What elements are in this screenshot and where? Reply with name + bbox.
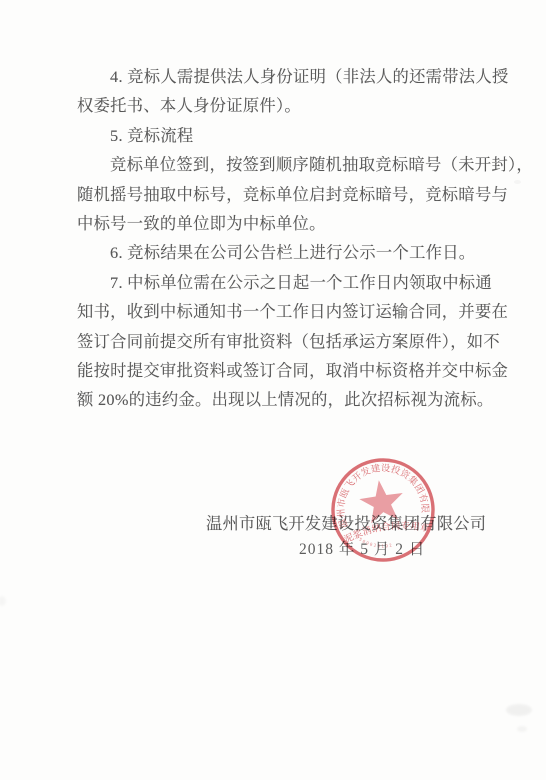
document-line: 竞标单位签到，按签到顺序随机抽取竞标暗号（未开封）， (77, 150, 517, 179)
seal-svg: 温州市瓯飞开发建设投资集团有限公司 泥浆消纳合同专用章 0509020192 (324, 451, 442, 569)
document-line: 随机摇号抽取中标号，竞标单位启封竞标暗号，竞标暗号与 (77, 180, 517, 209)
document-line: 5. 竞标流程 (77, 121, 517, 150)
document-line: 能按时提交审批资料或签订合同，取消中标资格并交中标金 (77, 356, 517, 385)
seal-star-icon (357, 477, 406, 524)
document-line: 7. 中标单位需在公示之日起一个工作日内领取中标通 (77, 268, 517, 297)
document-line: 4. 竞标人需提供法人身份证明（非法人的还需带法人授 (77, 62, 517, 91)
scan-speckle (514, 180, 521, 184)
official-seal: 温州市瓯飞开发建设投资集团有限公司 泥浆消纳合同专用章 0509020192 (324, 451, 442, 569)
document-line: 知书，收到中标通知书一个工作日内签订运输合同，并要在 (77, 297, 517, 326)
document-line: 6. 竞标结果在公司公告栏上进行公示一个工作日。 (77, 238, 517, 267)
scan-speckle (517, 726, 527, 732)
document-line: 额 20%的违约金。出现以上情况的，此次招标视为流标。 (77, 385, 517, 414)
seal-title-text: 泥浆消纳合同专用章 (341, 515, 432, 547)
document-line: 签订合同前提交所有审批资料（包括承运方案原件），如不 (77, 327, 517, 356)
document-page: 4. 竞标人需提供法人身份证明（非法人的还需带法人授权委托书、本人身份证原件）。… (0, 0, 546, 780)
document-body: 4. 竞标人需提供法人身份证明（非法人的还需带法人授权委托书、本人身份证原件）。… (77, 62, 517, 415)
svg-text:泥浆消纳合同专用章: 泥浆消纳合同专用章 (341, 515, 432, 547)
document-line: 权委托书、本人身份证原件）。 (77, 91, 517, 120)
scan-speckle (506, 704, 532, 716)
document-line: 中标号一致的单位即为中标单位。 (77, 209, 517, 238)
scan-speckle (0, 596, 6, 606)
